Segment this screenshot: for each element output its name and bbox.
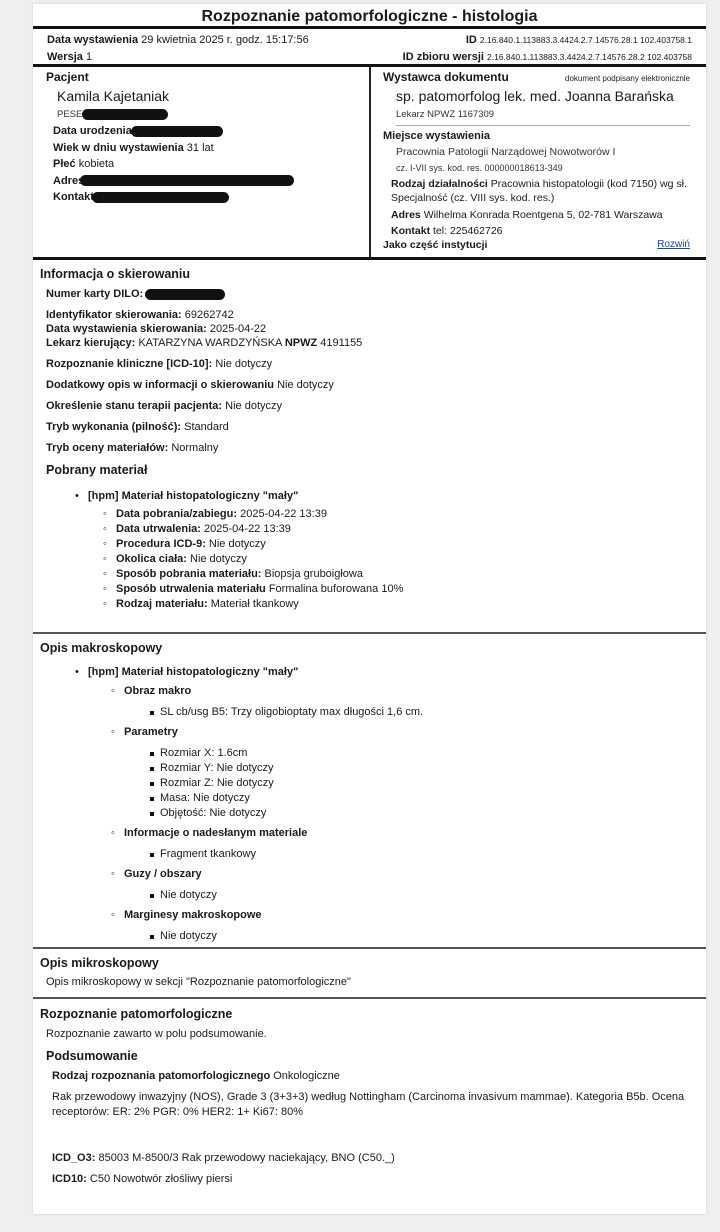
place-name: Pracownia Patologii Narządowej Nowotworó… bbox=[396, 144, 690, 160]
diagnosis-description: Rak przewodowy inwazyjny (NOS), Grade 3 … bbox=[52, 1090, 699, 1120]
redacted-dilo bbox=[145, 289, 225, 300]
macro-group-item: Rozmiar X: 1.6cm bbox=[40, 746, 699, 761]
material-field-value: 2025-04-22 13:39 bbox=[240, 508, 327, 520]
macro-material-title: [hpm] Materiał histopatologiczny "mały" bbox=[88, 665, 699, 680]
macro-group-title: Parametry bbox=[124, 725, 699, 740]
material-title: [hpm] Materiał histopatologiczny "mały" bbox=[88, 489, 699, 504]
doctor-value: KATARZYNA WARDZYŃSKA bbox=[138, 337, 281, 349]
place-heading: Miejsce wystawienia bbox=[383, 129, 690, 144]
material-item: [hpm] Materiał histopatologiczny "mały" … bbox=[40, 489, 699, 612]
issuer-panel: Wystawca dokumentu dokument podpisany el… bbox=[371, 67, 706, 257]
activity-label: Rodzaj działalności bbox=[391, 178, 488, 190]
referral-id-value: 69262742 bbox=[185, 309, 234, 321]
expand-link[interactable]: Rozwiń bbox=[657, 239, 690, 251]
set-id-label: ID zbioru wersji bbox=[403, 51, 484, 63]
icdo3-value: 85003 M-8500/3 Rak przewodowy naciekając… bbox=[98, 1152, 394, 1164]
material-field-value: Biopsja gruboigłowa bbox=[265, 568, 363, 580]
extra-label: Dodatkowy opis w informacji o skierowani… bbox=[46, 379, 274, 391]
dilo-label: Numer karty DILO: bbox=[46, 288, 143, 300]
redacted-address bbox=[80, 175, 294, 186]
macro-group: Marginesy makroskopoweNie dotyczy bbox=[40, 908, 699, 944]
macro-group-title: Marginesy makroskopowe bbox=[124, 908, 699, 923]
diagnosis-heading: Rozpoznanie patomorfologiczne bbox=[40, 1007, 699, 1021]
referral-date-value: 2025-04-22 bbox=[210, 323, 266, 335]
version-label: Wersja bbox=[47, 51, 83, 63]
set-id-value: 2.16.840.1.113883.3.4424.2.7.14576.28.2 … bbox=[487, 52, 692, 62]
micro-heading: Opis mikroskopowy bbox=[40, 956, 699, 970]
material-heading: Pobrany materiał bbox=[46, 463, 699, 477]
redacted-birth-date bbox=[131, 126, 223, 137]
macro-group: Obraz makroSL cb/usg B5: Trzy oligobiopt… bbox=[40, 684, 699, 720]
referral-section: Informacja o skierowaniu Numer karty DIL… bbox=[33, 260, 706, 634]
sex-value: kobieta bbox=[79, 158, 114, 170]
macro-group-item: Objętość: Nie dotyczy bbox=[40, 806, 699, 821]
material-field: Data pobrania/zabiegu: 2025-04-22 13:39 bbox=[40, 507, 699, 522]
mode-value: Standard bbox=[184, 421, 229, 433]
summary-heading: Podsumowanie bbox=[46, 1049, 699, 1063]
document-meta: Data wystawienia 29 kwietnia 2025 r. god… bbox=[33, 29, 706, 67]
macro-group-item: Nie dotyczy bbox=[40, 929, 699, 944]
referral-heading: Informacja o skierowaniu bbox=[40, 267, 699, 281]
redacted-contact bbox=[92, 192, 229, 203]
place-code: cz. I-VII sys. kod. res. 000000018613-34… bbox=[396, 160, 690, 176]
micro-section: Opis mikroskopowy Opis mikroskopowy w se… bbox=[33, 949, 706, 999]
macro-group-item: Nie dotyczy bbox=[40, 888, 699, 903]
macro-group-title: Guzy / obszary bbox=[124, 867, 699, 882]
age-value: 31 lat bbox=[187, 142, 214, 154]
doctor-npwz-label: NPWZ bbox=[285, 337, 317, 349]
material-field-label: Okolica ciała: bbox=[116, 553, 187, 565]
issuer-heading: Wystawca dokumentu bbox=[383, 70, 509, 84]
extra-value: Nie dotyczy bbox=[277, 379, 334, 391]
issuer-npwz: Lekarz NPWZ 1167309 bbox=[396, 109, 690, 126]
id-label: ID bbox=[466, 34, 477, 46]
issuer-address-value: Wilhelma Konrada Roentgena 5, 02-781 War… bbox=[424, 209, 663, 221]
macro-group-item: Masa: Nie dotyczy bbox=[40, 791, 699, 806]
icd10-value: C50 Nowotwór złośliwy piersi bbox=[90, 1173, 232, 1185]
therapy-label: Określenie stanu terapii pacjenta: bbox=[46, 400, 222, 412]
material-field-value: 2025-04-22 13:39 bbox=[204, 523, 291, 535]
patient-heading: Pacjent bbox=[46, 70, 369, 84]
material-field-label: Sposób utrwalenia materiału bbox=[116, 583, 266, 595]
material-field-value: Formalina buforowana 10% bbox=[269, 583, 404, 595]
patient-panel: Pacjent Kamila Kajetaniak PESEL Data uro… bbox=[33, 67, 371, 257]
clinical-label: Rozpoznanie kliniczne [ICD-10]: bbox=[46, 358, 212, 370]
version-value: 1 bbox=[86, 51, 92, 63]
diagnosis-type-value: Onkologiczne bbox=[273, 1070, 340, 1082]
issuer-address-label: Adres bbox=[391, 209, 421, 221]
issued-label: Data wystawienia bbox=[47, 34, 138, 46]
macro-material-item: [hpm] Materiał histopatologiczny "mały" … bbox=[40, 665, 699, 944]
material-field-label: Data pobrania/zabiegu: bbox=[116, 508, 237, 520]
doctor-npwz-value: 4191155 bbox=[320, 337, 362, 349]
macro-group-item: Rozmiar Z: Nie dotyczy bbox=[40, 776, 699, 791]
id-value: 2.16.840.1.113883.3.4424.2.7.14576.28.1 … bbox=[480, 35, 692, 45]
signed-note: dokument podpisany elektronicznie bbox=[565, 74, 690, 83]
issued-value: 29 kwietnia 2025 r. godz. 15:17:56 bbox=[141, 34, 309, 46]
therapy-value: Nie dotyczy bbox=[225, 400, 282, 412]
diagnosis-type-label: Rodzaj rozpoznania patomorfologicznego bbox=[52, 1070, 270, 1082]
contact-label: Kontakt bbox=[53, 191, 94, 203]
material-field-label: Sposób pobrania materiału: bbox=[116, 568, 261, 580]
redacted-pesel bbox=[82, 109, 168, 120]
sex-label: Płeć bbox=[53, 158, 76, 170]
issuer-contact-label: Kontakt bbox=[391, 225, 430, 237]
material-field: Sposób utrwalenia materiału Formalina bu… bbox=[40, 582, 699, 597]
issuer-contact-value: tel: 225462726 bbox=[433, 225, 502, 237]
icdo3-label: ICD_O3: bbox=[52, 1152, 95, 1164]
macro-group: Guzy / obszaryNie dotyczy bbox=[40, 867, 699, 903]
material-field: Data utrwalenia: 2025-04-22 13:39 bbox=[40, 522, 699, 537]
macro-group-title: Informacje o nadesłanym materiale bbox=[124, 826, 699, 841]
birth-label: Data urodzenia bbox=[53, 125, 132, 137]
referral-date-label: Data wystawienia skierowania: bbox=[46, 323, 207, 335]
macro-group-item: SL cb/usg B5: Trzy oligobioptaty max dłu… bbox=[40, 705, 699, 720]
micro-text: Opis mikroskopowy w sekcji "Rozpoznanie … bbox=[46, 975, 699, 989]
document-title: Rozpoznanie patomorfologiczne - histolog… bbox=[33, 4, 706, 29]
material-field-value: Nie dotyczy bbox=[190, 553, 247, 565]
diagnosis-text: Rozpoznanie zawarto w polu podsumowanie. bbox=[46, 1027, 699, 1041]
doctor-label: Lekarz kierujący: bbox=[46, 337, 135, 349]
patient-name: Kamila Kajetaniak bbox=[57, 88, 369, 106]
macro-group: Informacje o nadesłanym materialeFragmen… bbox=[40, 826, 699, 862]
age-label: Wiek w dniu wystawienia bbox=[53, 142, 184, 154]
mode-label: Tryb wykonania (pilność): bbox=[46, 421, 181, 433]
material-field-label: Data utrwalenia: bbox=[116, 523, 201, 535]
material-field-label: Rodzaj materiału: bbox=[116, 598, 208, 610]
icd10-label: ICD10: bbox=[52, 1173, 87, 1185]
material-field-value: Nie dotyczy bbox=[209, 538, 266, 550]
material-field: Okolica ciała: Nie dotyczy bbox=[40, 552, 699, 567]
macro-heading: Opis makroskopowy bbox=[40, 641, 699, 655]
assess-value: Normalny bbox=[171, 442, 218, 454]
document-page: Rozpoznanie patomorfologiczne - histolog… bbox=[33, 4, 706, 1214]
material-field: Rodzaj materiału: Materiał tkankowy bbox=[40, 597, 699, 612]
macro-section: Opis makroskopowy [hpm] Materiał histopa… bbox=[33, 634, 706, 949]
assess-label: Tryb oceny materiałów: bbox=[46, 442, 168, 454]
macro-group: ParametryRozmiar X: 1.6cmRozmiar Y: Nie … bbox=[40, 725, 699, 821]
macro-group-item: Rozmiar Y: Nie dotyczy bbox=[40, 761, 699, 776]
macro-group-title: Obraz makro bbox=[124, 684, 699, 699]
material-field: Sposób pobrania materiału: Biopsja grubo… bbox=[40, 567, 699, 582]
material-field: Procedura ICD-9: Nie dotyczy bbox=[40, 537, 699, 552]
clinical-value: Nie dotyczy bbox=[215, 358, 272, 370]
material-field-label: Procedura ICD-9: bbox=[116, 538, 206, 550]
material-field-value: Materiał tkankowy bbox=[211, 598, 299, 610]
diagnosis-section: Rozpoznanie patomorfologiczne Rozpoznani… bbox=[33, 999, 706, 1194]
issuer-name: sp. patomorfolog lek. med. Joanna Barańs… bbox=[396, 88, 690, 106]
macro-group-item: Fragment tkankowy bbox=[40, 847, 699, 862]
institution-label: Jako część instytucji bbox=[383, 239, 487, 251]
referral-id-label: Identyfikator skierowania: bbox=[46, 309, 182, 321]
